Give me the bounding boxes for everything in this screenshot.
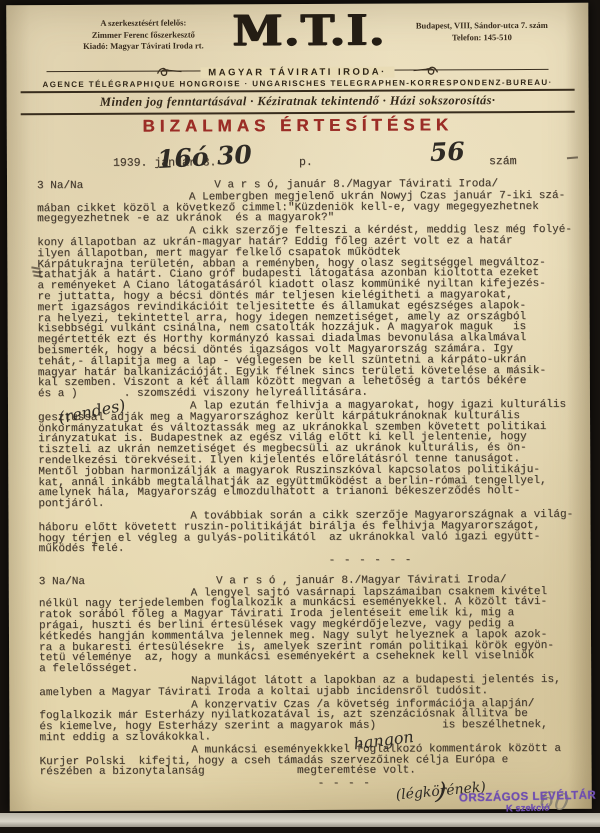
address-line: Budapest, VIII, Sándor-utca 7. szám xyxy=(384,20,579,32)
scanned-document-page: A szerkesztésért felelős: Zimmer Ferenc … xyxy=(6,3,592,812)
address-line: Telefon: 145-510 xyxy=(384,31,579,43)
dateline-row: 1939. január 8. p. szám xyxy=(37,149,581,181)
paragraph: A konzervativ Czas /a követség informáci… xyxy=(39,698,583,744)
masthead: A szerkesztésért felelős: Zimmer Ferenc … xyxy=(6,3,588,6)
reference-marker: 3 Na/Na xyxy=(37,180,83,192)
paragraph: A Lembergben megjelenő ukrán Nowyj Czas … xyxy=(37,191,581,226)
section-separator: - - - - - - xyxy=(329,555,583,567)
paragraph: A lap ezután felhivja a magyarokat, hogy… xyxy=(38,400,582,510)
article-2: 3 Na/NaV a r s ó , január 8./Magyar Távi… xyxy=(39,575,584,792)
issue-unit: szám xyxy=(489,157,517,168)
reference-marker: 3 Na/Na xyxy=(39,576,85,588)
scanner-edge-strip xyxy=(0,813,600,827)
mti-logo: M.T.I. xyxy=(203,5,414,55)
paragraph: A munkácsi eseményekkkel foglalkozó komm… xyxy=(39,744,583,779)
paragraph: A lengyel sajtó vasárnapi lapszámaiban c… xyxy=(39,586,583,675)
article-1: 3 Na/NaV a r s ó, január 8./Magyar Távir… xyxy=(37,179,583,568)
paragraph: A cikk szerzője felteszi a kérdést, medd… xyxy=(37,225,582,400)
ribbon-label: MAGYAR TÁVIRATI IRODA· xyxy=(200,67,395,79)
rights-motto: Minden jog fenntartásával · Kéziratnak t… xyxy=(21,91,575,115)
handwritten-issue-number: 56 xyxy=(429,137,465,167)
typewritten-body: 1939. január 8. p. szám 3 Na/NaV a r s ó… xyxy=(37,149,584,793)
margin-mark xyxy=(31,266,40,269)
ribbon-banner: MAGYAR TÁVIRATI IRODA· xyxy=(6,61,588,79)
scroll-ornament-icon xyxy=(413,64,439,76)
confidential-title: BIZALMAS ÉRTESÍTÉSEK xyxy=(7,115,589,138)
time-unit: p. xyxy=(299,158,313,169)
archive-stamp: ORSZÁGOS LEVÉLTÁR K szekció xyxy=(447,789,600,815)
scroll-ornament-icon xyxy=(157,66,183,78)
handwritten-time: 16ó 30 xyxy=(156,140,252,174)
address-block: Budapest, VIII, Sándor-utca 7. szám Tele… xyxy=(384,20,579,44)
paragraph: A továbbiak során a cikk szerzője Magyar… xyxy=(38,510,582,556)
article-dateline-heading: V a r s ó , január 8./Magyar Távirati Ir… xyxy=(216,574,507,587)
paragraph: Napvilágot látott a lapokban az a budape… xyxy=(39,675,583,699)
